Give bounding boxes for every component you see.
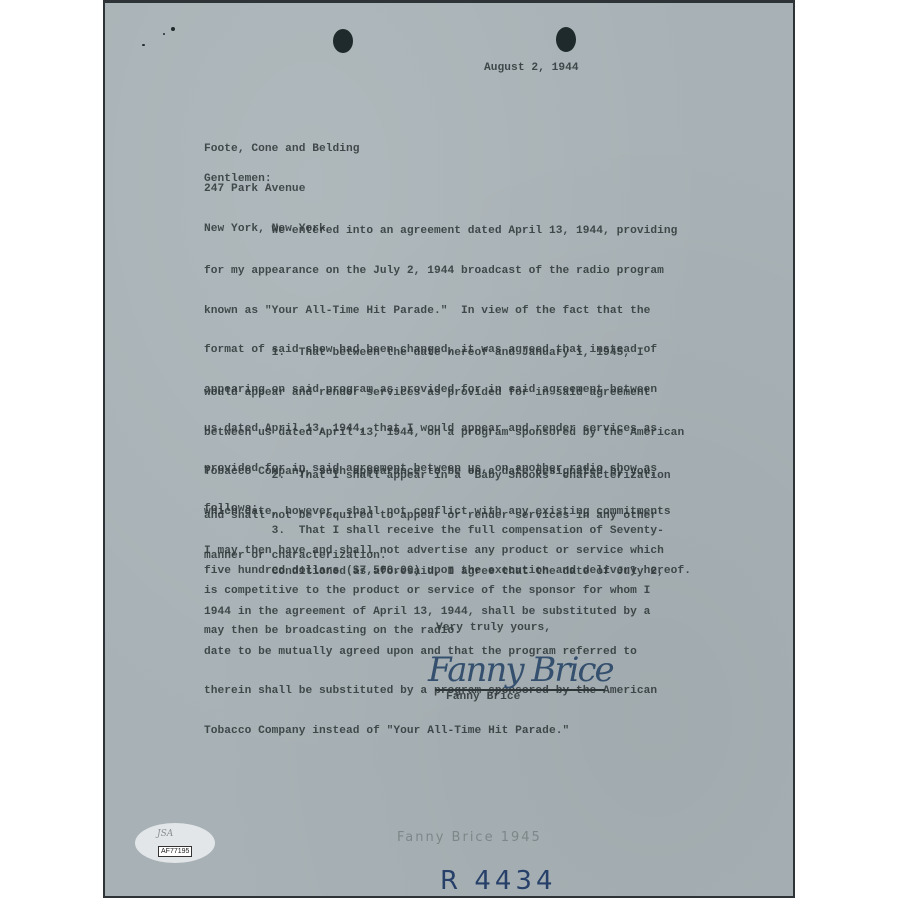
ink-speck <box>171 27 175 31</box>
text-line: 1944 in the agreement of April 13, 1944,… <box>204 606 664 619</box>
pencil-note: Fanny Brice 1945 <box>397 830 542 845</box>
text-line: Conditioned as aforesaid, I agree that t… <box>204 566 664 579</box>
handwritten-signature: Fanny Brice <box>428 650 613 690</box>
archive-number: R 4434 <box>440 866 557 896</box>
text-line: would appear and render services as prov… <box>204 387 684 400</box>
text-line: 2. That I shall appear in a "Baby Snooks… <box>204 470 671 483</box>
text-line: We entered into an agreement dated April… <box>204 225 677 238</box>
page-top-edge <box>105 0 793 3</box>
text-line: Tobacco Company instead of "Your All-Tim… <box>204 725 664 738</box>
ink-speck <box>142 44 145 46</box>
text-line: 1. That between the date hereof and Janu… <box>204 347 684 360</box>
recipient-line: Foote, Cone and Belding <box>204 143 360 156</box>
authentication-id: AF77195 <box>158 846 192 857</box>
punch-hole-right <box>556 27 576 52</box>
salutation: Gentlemen: <box>204 173 272 186</box>
typed-name: Fanny Brice <box>446 691 520 704</box>
letter-page: August 2, 1944 Foote, Cone and Belding 2… <box>103 0 795 898</box>
text-line: between us dated April 13, 1944, on a pr… <box>204 427 684 440</box>
ink-speck <box>163 33 165 35</box>
jsa-logo-icon: JSA <box>157 829 173 839</box>
text-line: for my appearance on the July 2, 1944 br… <box>204 265 677 278</box>
letter-date: August 2, 1944 <box>484 62 579 75</box>
text-line: 3. That I shall receive the full compens… <box>204 525 691 538</box>
authentication-sticker: JSA AF77195 <box>135 823 215 863</box>
punch-hole-left <box>333 29 353 53</box>
text-line: known as "Your All-Time Hit Parade." In … <box>204 305 677 318</box>
closing: Very truly yours, <box>436 622 551 635</box>
